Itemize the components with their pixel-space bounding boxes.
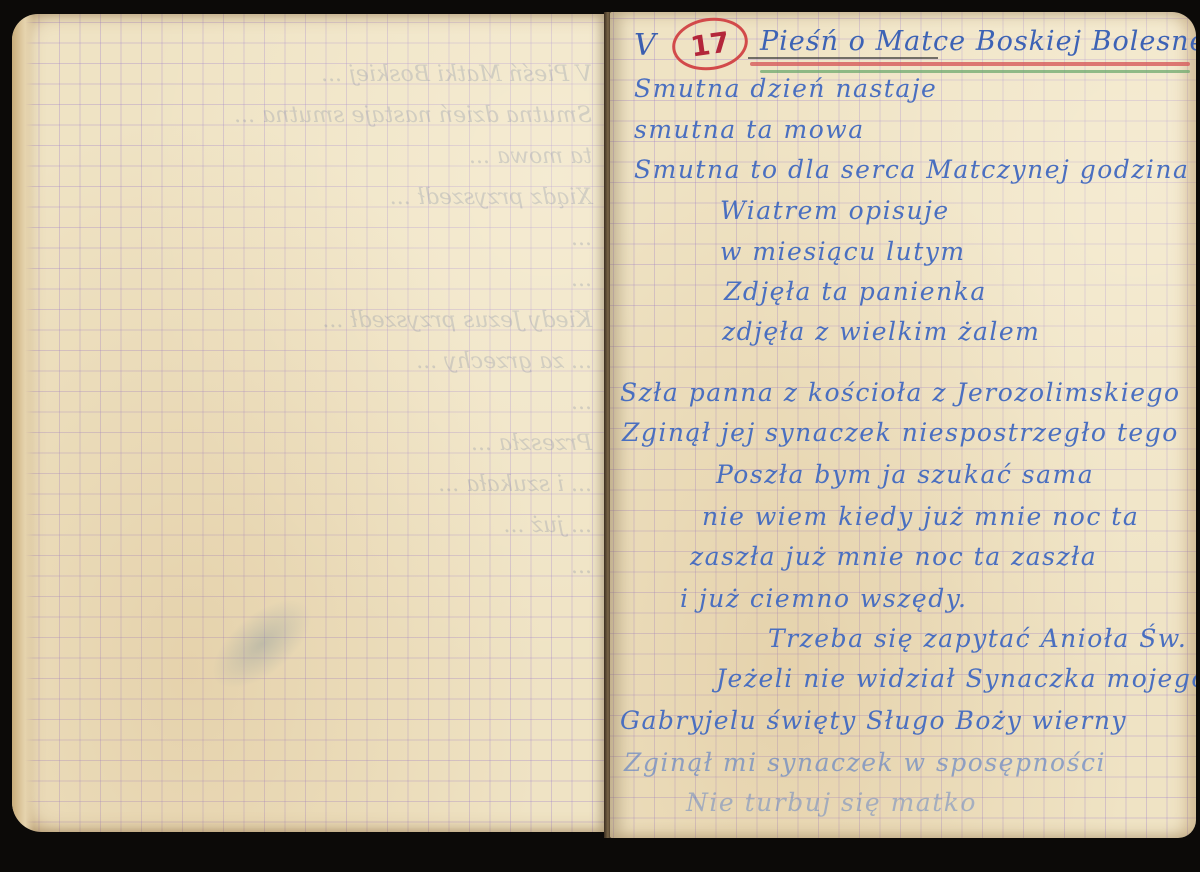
lyric-line: Wiatrem opisuje bbox=[720, 196, 950, 225]
lyric-line: zaszła już mnie noc ta zaszła bbox=[690, 542, 1097, 571]
lyric-line: Smutna to dla serca Matczynej godzina bbox=[634, 155, 1189, 184]
ghost-line: ... bbox=[72, 218, 592, 259]
right-page: V 17 Pieśń o Matce Boskiej Bolesnej Smut… bbox=[610, 12, 1196, 838]
bleed-through-text: V Pieśń Matki Boskiej ... Smutna dzień n… bbox=[72, 54, 592, 587]
ghost-line: ... bbox=[72, 259, 592, 300]
lyric-line: nie wiem kiedy już mnie noc ta bbox=[702, 502, 1139, 531]
song-lyrics: Smutna dzień nastajesmutna ta mowaSmutna… bbox=[610, 12, 1196, 838]
lyric-line: Jeżeli nie widział Synaczka mojego bbox=[716, 664, 1196, 693]
lyric-line: Zdjęła ta panienka bbox=[724, 277, 987, 306]
lyric-line: i już ciemno wszędy. bbox=[680, 584, 967, 613]
ghost-line: ta mowa ... bbox=[72, 136, 592, 177]
ghost-line: V Pieśń Matki Boskiej ... bbox=[72, 54, 592, 95]
ghost-line: Przeszła ... bbox=[72, 423, 592, 464]
lyric-line: Poszła bym ja szukać sama bbox=[716, 460, 1094, 489]
left-page: V Pieśń Matki Boskiej ... Smutna dzień n… bbox=[12, 14, 606, 832]
ghost-line: ... bbox=[72, 382, 592, 423]
ghost-line: Xiądz przyszedł ... bbox=[72, 177, 592, 218]
lyric-line: Smutna dzień nastaje bbox=[634, 74, 937, 103]
ghost-line: ... za grzechy ... bbox=[72, 341, 592, 382]
lyric-line: zdjęła z wielkim żalem bbox=[722, 317, 1040, 346]
notebook-spread: V Pieśń Matki Boskiej ... Smutna dzień n… bbox=[0, 0, 1200, 872]
ghost-line: ... już ... bbox=[72, 505, 592, 546]
ghost-line: Kiedy Jezus przyszedł ... bbox=[72, 300, 592, 341]
ghost-line: ... bbox=[72, 546, 592, 587]
lyric-line: Zginął jej synaczek niespostrzegło tego bbox=[622, 418, 1179, 447]
water-stain bbox=[197, 582, 327, 705]
lyric-line: Gabryjelu święty Sługo Boży wierny bbox=[620, 706, 1127, 735]
ghost-line: Smutna dzień nastaje smutna ... bbox=[72, 95, 592, 136]
lyric-line: Zginął mi synaczek w sposępności bbox=[624, 748, 1106, 777]
ghost-line: ... i szukała ... bbox=[72, 464, 592, 505]
lyric-line: Szła panna z kościoła z Jerozolimskiego bbox=[620, 378, 1181, 407]
lyric-line: Nie turbuj się matko bbox=[686, 788, 977, 817]
lyric-line: w miesiącu lutym bbox=[720, 237, 966, 266]
lyric-line: smutna ta mowa bbox=[634, 115, 865, 144]
lyric-line: Trzeba się zapytać Anioła Św. bbox=[768, 624, 1187, 653]
